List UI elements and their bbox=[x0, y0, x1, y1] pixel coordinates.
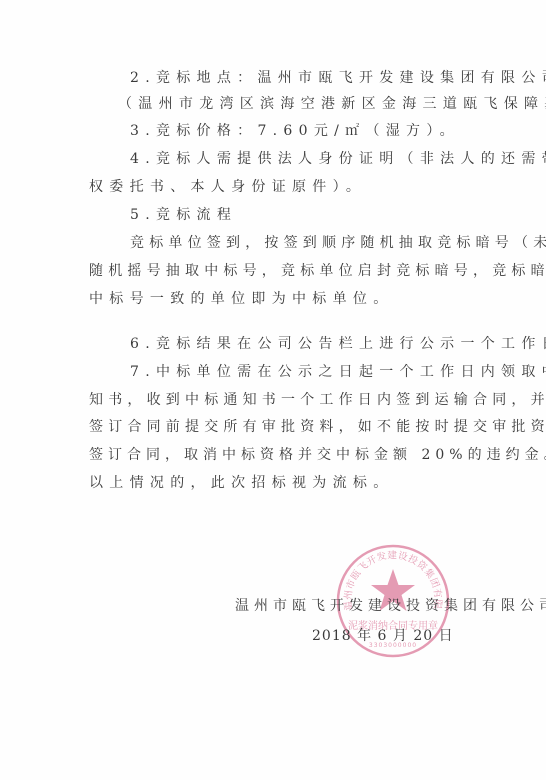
item-5-body-1: 竞标单位签到，按签到顺序随机抽取竞标暗号（未开封）， bbox=[130, 234, 546, 252]
item-2-location: 2.竞标地点：温州市瓯飞开发建设集团有限公司竞标室。 bbox=[130, 69, 546, 87]
signature-company: 温州市瓯飞开发建设投资集团有限公司 bbox=[235, 597, 546, 615]
item-7-line-1: 7.中标单位需在公示之日起一个工作日内领取中标通 bbox=[130, 363, 546, 381]
signature-date: 2018 年 6 月 20 日 bbox=[312, 627, 454, 645]
item-4-requirements-cont: 权委托书、本人身份证原件）。 bbox=[89, 178, 366, 196]
item-5-heading: 5.竞标流程 bbox=[130, 206, 237, 224]
item-7-line-3: 签订合同前提交所有审批资料，如不能按时提交审批资料或 bbox=[89, 418, 546, 436]
item-5-body-2: 随机摇号抽取中标号，竞标单位启封竞标暗号，竞标暗号与 bbox=[89, 262, 546, 280]
item-7-line-5: 以上情况的，此次招标视为流标。 bbox=[89, 474, 394, 492]
item-2-address: （温州市龙湾区滨海空港新区金海三道瓯飞保障基地） bbox=[118, 95, 546, 113]
document-page: 2.竞标地点：温州市瓯飞开发建设集团有限公司竞标室。 （温州市龙湾区滨海空港新区… bbox=[0, 0, 546, 780]
item-3-price: 3.竞标价格：7.60元/㎡（湿方）。 bbox=[130, 122, 460, 140]
item-5-body-3: 中标号一致的单位即为中标单位。 bbox=[89, 290, 394, 308]
item-4-requirements: 4.竞标人需提供法人身份证明（非法人的还需带法人授 bbox=[130, 150, 546, 168]
item-6-result: 6.竞标结果在公司公告栏上进行公示一个工作日。 bbox=[130, 335, 546, 353]
item-7-line-4: 签订合同，取消中标资格并交中标金额 20%的违约金。出现 bbox=[89, 446, 546, 464]
item-7-line-2: 知书，收到中标通知书一个工作日内签到运输合同，并要在 bbox=[89, 391, 546, 409]
